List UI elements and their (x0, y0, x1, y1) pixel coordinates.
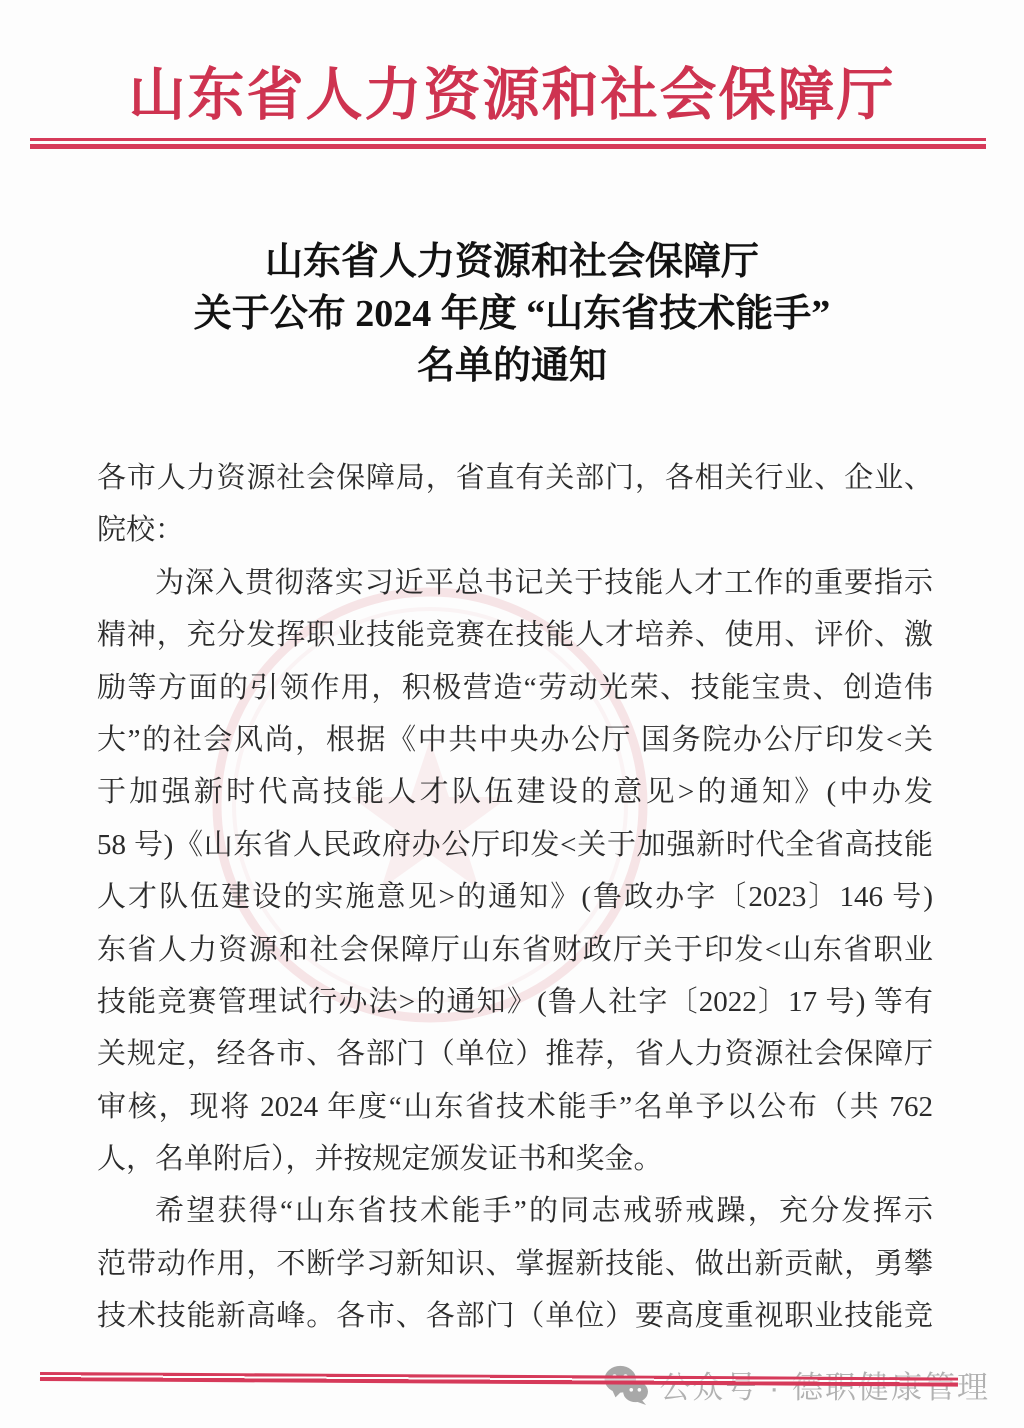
body-line-14: 人，名单附后），并按规定颁发证书和奖金。 (97, 1133, 933, 1185)
body-line-9: 人才队伍建设的实施意见>的通知》(鲁政办字〔2023〕146 号)《山 (97, 871, 933, 923)
body-line-8: 58 号)《山东省人民政府办公厅印发<关于加强新时代全省高技能 (97, 819, 933, 871)
document-title: 山东省人力资源和社会保障厅 关于公布 2024 年度 “山东省技术能手” 名单的… (0, 236, 1024, 392)
document-title-line1: 山东省人力资源和社会保障厅 (0, 236, 1024, 288)
body-line-17: 技术技能新高峰。各市、各部门（单位）要高度重视职业技能竞 (97, 1290, 933, 1342)
document-page: 山东省人力资源和社会保障厅 山东省人力资源和社会保障厅 关于公布 2024 年度… (0, 0, 1024, 1428)
body-line-13: 审核，现将 2024 年度“山东省技术能手”名单予以公布（共 762 (97, 1081, 933, 1133)
body-line-7: 于加强新时代高技能人才队伍建设的意见>的通知》(中办发〔2022〕 (97, 766, 933, 818)
body-line-6: 大”的社会风尚，根据《中共中央办公厅 国务院办公厅印发<关 (97, 714, 933, 766)
body-line-1: 各市人力资源社会保障局，省直有关部门，各相关行业、企业、 (97, 452, 933, 504)
letterhead-divider (30, 138, 986, 150)
document-title-line3: 名单的通知 (0, 340, 1024, 392)
body-line-11: 技能竞赛管理试行办法>的通知》(鲁人社字〔2022〕17 号) 等有 (97, 976, 933, 1028)
document-body: 各市人力资源社会保障局，省直有关部门，各相关行业、企业、 院校： 为深入贯彻落实… (97, 452, 933, 1343)
body-line-2: 院校： (97, 504, 933, 556)
body-line-16: 范带动作用，不断学习新知识、掌握新技能、做出新贡献，勇攀 (97, 1238, 933, 1290)
body-line-12: 关规定，经各市、各部门（单位）推荐，省人力资源社会保障厅 (97, 1028, 933, 1080)
body-line-5: 励等方面的引领作用，积极营造“劳动光荣、技能宝贵、创造伟 (97, 662, 933, 714)
body-line-4: 精神，充分发挥职业技能竞赛在技能人才培养、使用、评价、激 (97, 609, 933, 661)
body-line-15: 希望获得“山东省技术能手”的同志戒骄戒躁，充分发挥示 (97, 1185, 933, 1237)
document-title-line2: 关于公布 2024 年度 “山东省技术能手” (0, 288, 1024, 340)
body-line-10: 东省人力资源和社会保障厅山东省财政厅关于印发<山东省职业 (97, 924, 933, 976)
body-line-3: 为深入贯彻落实习近平总书记关于技能人才工作的重要指示 (97, 557, 933, 609)
letterhead-title: 山东省人力资源和社会保障厅 (0, 58, 1024, 134)
